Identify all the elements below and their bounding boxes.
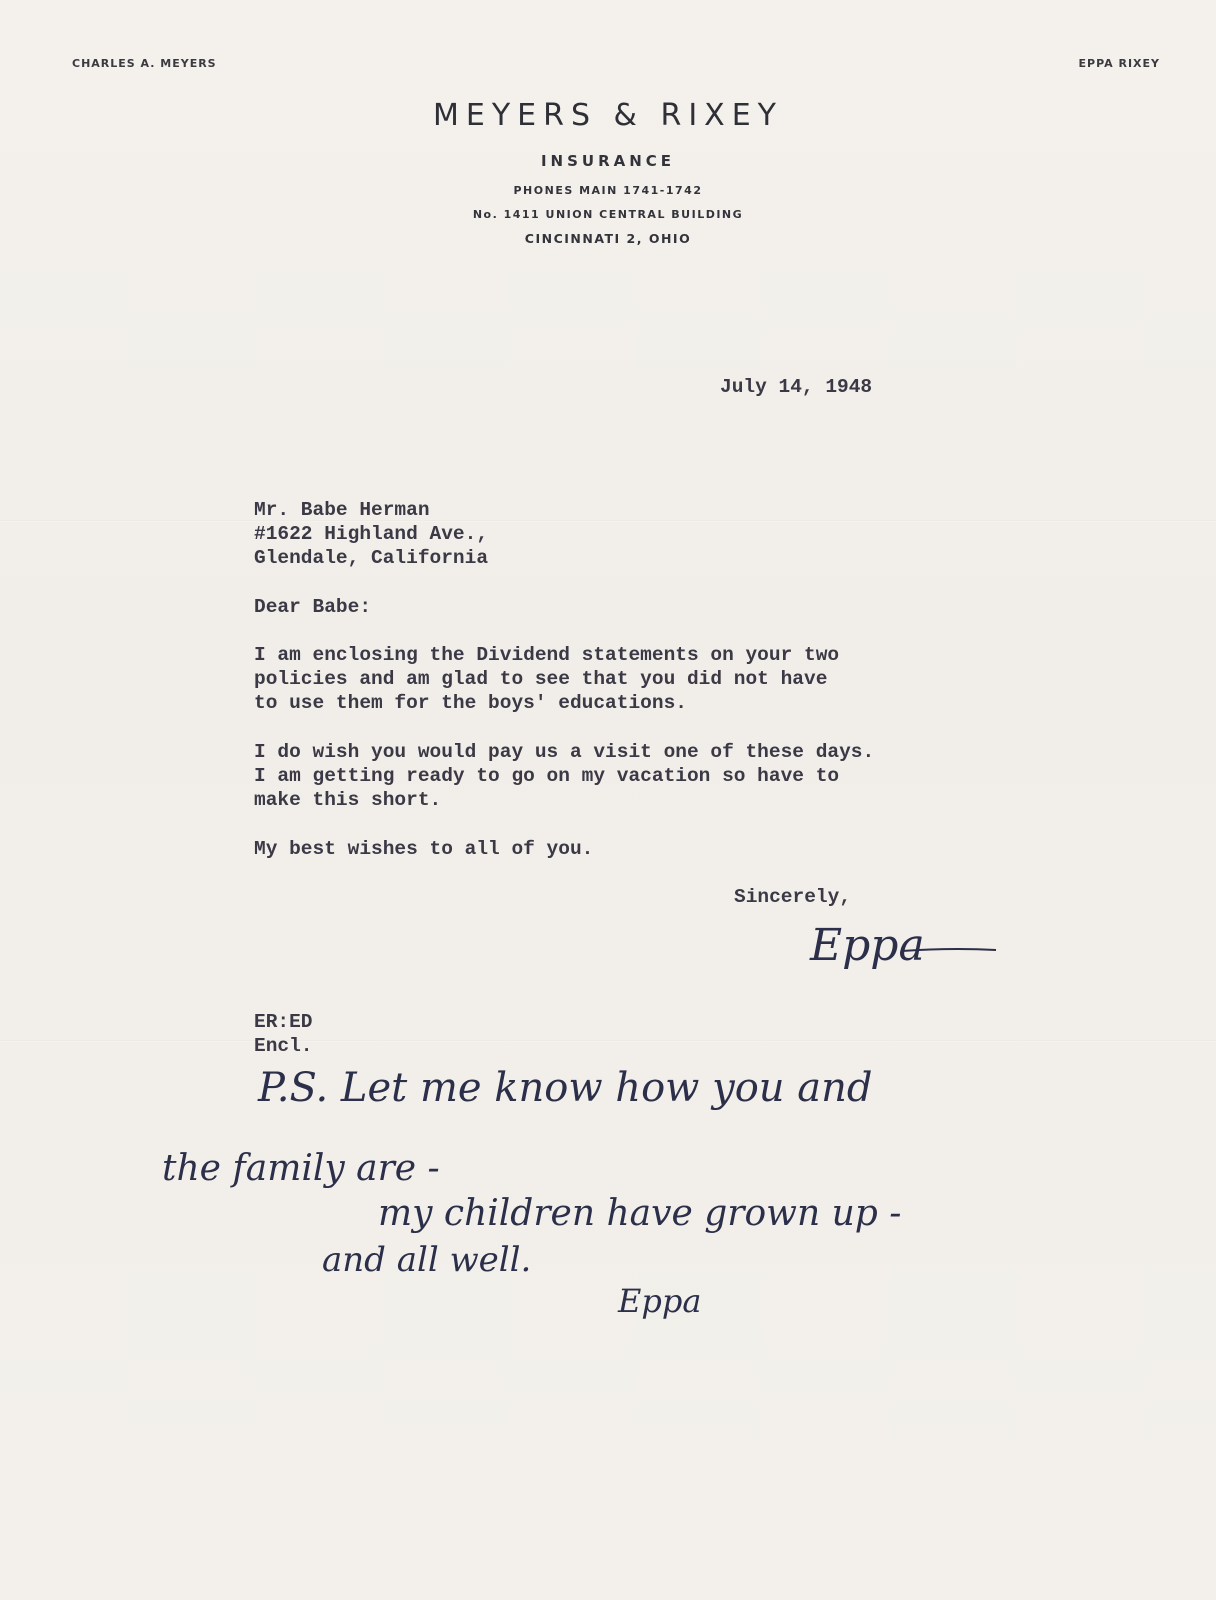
recipient-line: #1622 Highland Ave.,	[254, 522, 488, 547]
postscript-line: the family are -	[162, 1148, 440, 1189]
signature-flourish	[900, 945, 1000, 957]
body-line: to use them for the boys' educations.	[254, 691, 687, 716]
letterhead-business: INSURANCE	[0, 152, 1216, 170]
body-line: My best wishes to all of you.	[254, 837, 593, 862]
postscript-line: my children have grown up -	[378, 1193, 901, 1234]
body-line: make this short.	[254, 788, 441, 813]
letterhead-left-name: CHARLES A. MEYERS	[72, 57, 217, 70]
postscript-line: P.S. Let me know how you and	[258, 1065, 872, 1111]
reference-initials: ER:ED	[254, 1010, 313, 1035]
letterhead-firm-name: MEYERS & RIXEY	[0, 98, 1216, 133]
paper-fold	[0, 520, 1216, 522]
letter-page: CHARLES A. MEYERS EPPA RIXEY MEYERS & RI…	[0, 0, 1216, 1600]
body-line: I am enclosing the Dividend statements o…	[254, 643, 839, 668]
recipient-line: Mr. Babe Herman	[254, 498, 430, 523]
paper-fold	[0, 1040, 1216, 1042]
postscript-line: and all well.	[322, 1240, 531, 1280]
letterhead-phones: PHONES MAIN 1741-1742	[0, 184, 1216, 197]
body-line: I am getting ready to go on my vacation …	[254, 764, 839, 789]
body-line: policies and am glad to see that you did…	[254, 667, 827, 692]
letterhead-city: CINCINNATI 2, OHIO	[0, 231, 1216, 246]
postscript-signature: Eppa	[618, 1282, 701, 1320]
recipient-line: Glendale, California	[254, 546, 488, 571]
body-line: I do wish you would pay us a visit one o…	[254, 740, 874, 765]
closing: Sincerely,	[734, 885, 851, 910]
letterhead-right-name: EPPA RIXEY	[1079, 57, 1161, 70]
enclosure-note: Encl.	[254, 1034, 313, 1059]
letterhead-address: No. 1411 UNION CENTRAL BUILDING	[0, 208, 1216, 221]
letter-date: July 14, 1948	[720, 375, 872, 400]
salutation: Dear Babe:	[254, 595, 371, 620]
